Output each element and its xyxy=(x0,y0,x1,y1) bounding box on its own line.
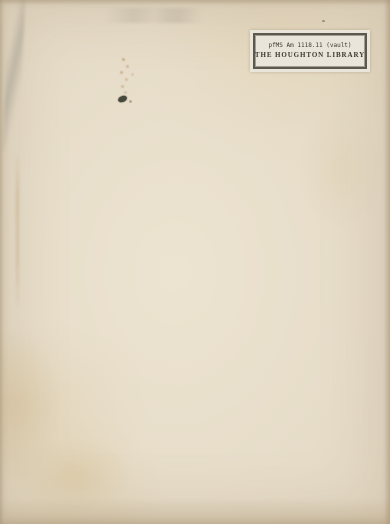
library-name-label: THE HOUGHTON LIBRARY xyxy=(255,50,365,60)
bookplate-inner-border: pfMS Am 1118.11 (vault) THE HOUGHTON LIB… xyxy=(255,35,365,67)
call-number-label: pfMS Am 1118.11 (vault) xyxy=(268,42,351,50)
aged-paper-background xyxy=(0,0,390,524)
bookplate-border: pfMS Am 1118.11 (vault) THE HOUGHTON LIB… xyxy=(253,33,367,69)
scanned-flyleaf-page: pfMS Am 1118.11 (vault) THE HOUGHTON LIB… xyxy=(0,0,390,524)
houghton-library-bookplate: pfMS Am 1118.11 (vault) THE HOUGHTON LIB… xyxy=(250,30,370,72)
